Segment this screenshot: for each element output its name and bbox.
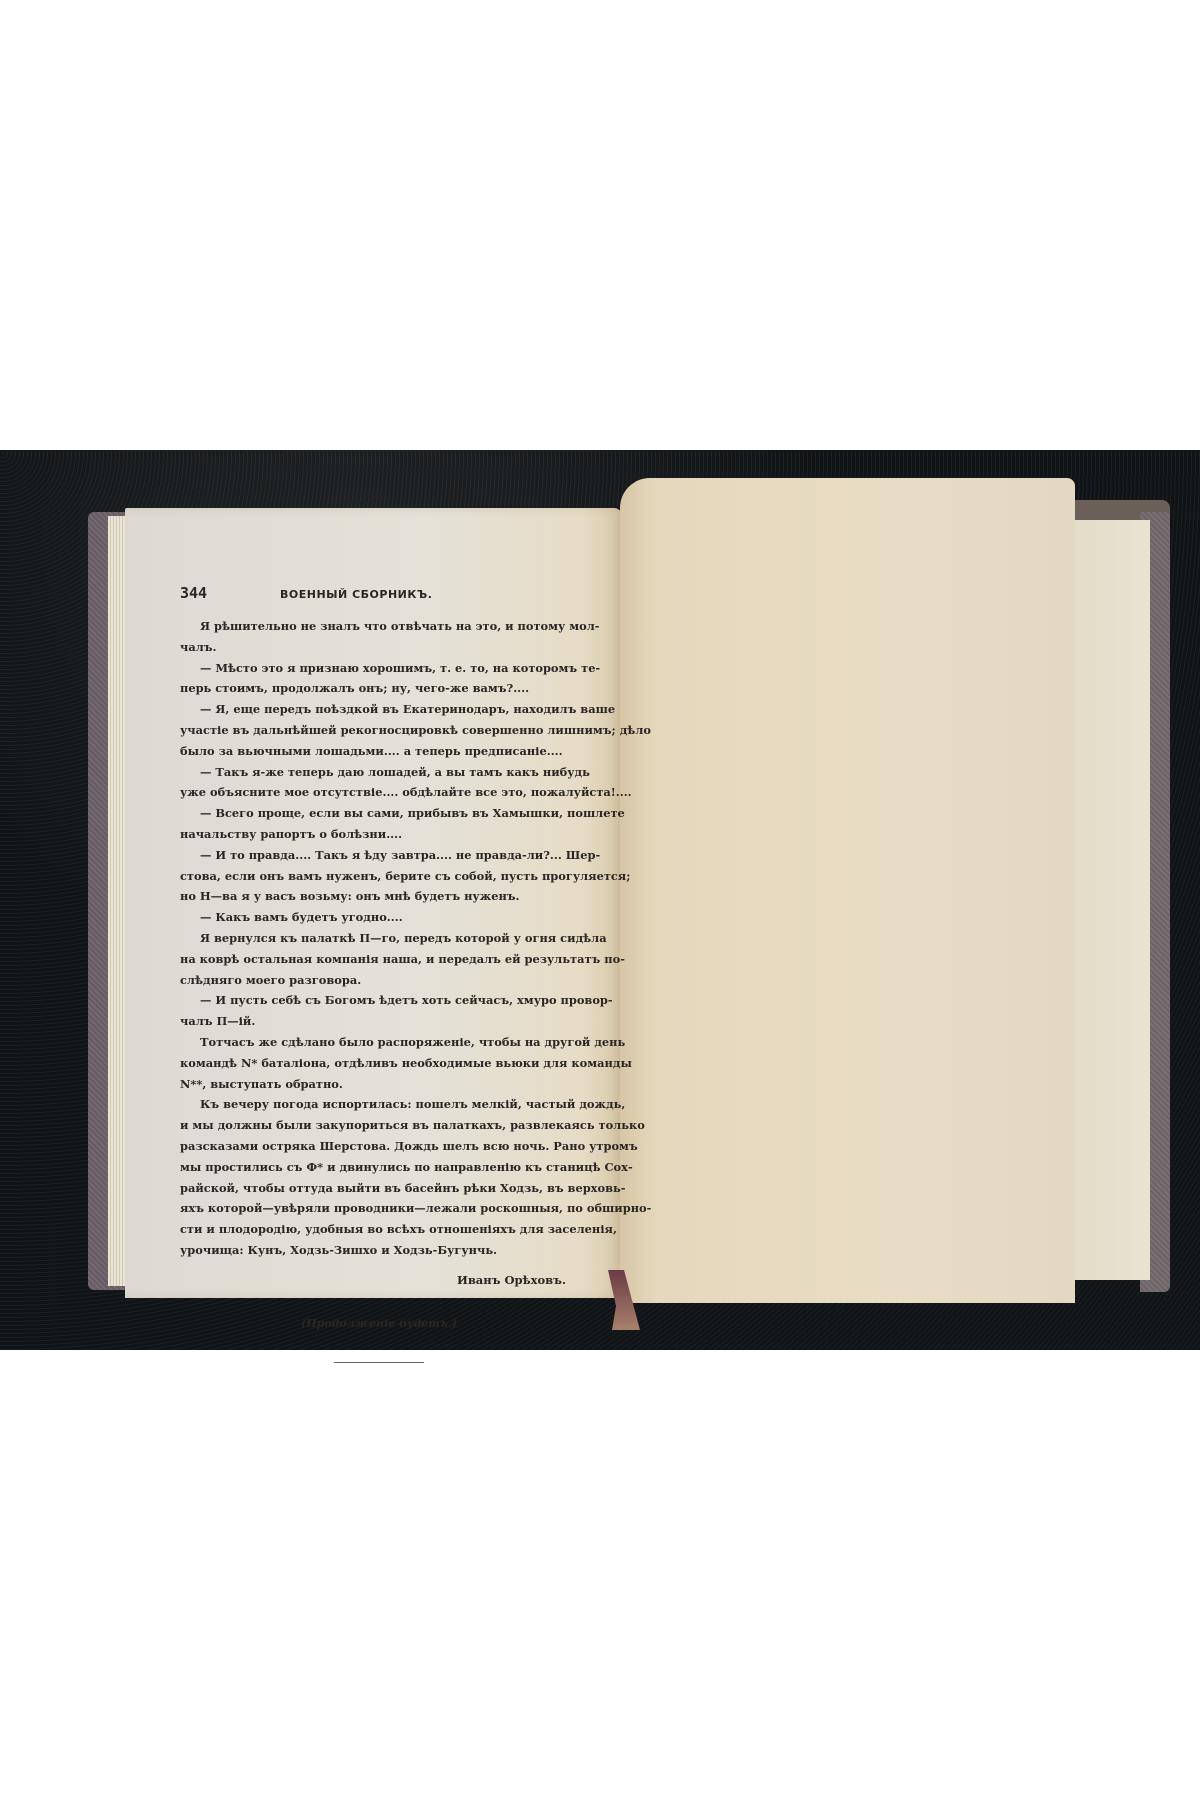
text-line: слѣдняго моего разговора. (180, 970, 578, 991)
text-line: N**, выступать обратно. (180, 1074, 578, 1095)
text-line: — Какъ вамъ будетъ угодно.... (180, 907, 578, 928)
text-line: — Такъ я-же теперь даю лошадей, а вы там… (180, 762, 578, 783)
body-text: Я рѣшительно не зналъ что отвѣчать на эт… (180, 616, 578, 1261)
text-line: но Н—ва я у васъ возьму: онъ мнѣ будетъ … (180, 886, 578, 907)
page-header: 344 ВОЕННЫЙ СБОРНИКЪ. (180, 584, 578, 606)
text-line: уже объясните мое отсутствіе.... обдѣлай… (180, 782, 578, 803)
text-line: Я вернулся къ палаткѣ П—го, передъ котор… (180, 928, 578, 949)
text-line: Я рѣшительно не зналъ что отвѣчать на эт… (180, 616, 578, 637)
text-line: стова, если онъ вамъ нуженъ, берите съ с… (180, 866, 578, 887)
text-line: чалъ П—ій. (180, 1011, 578, 1032)
text-line: Тотчасъ же сдѣлано было распоряженіе, чт… (180, 1032, 578, 1053)
right-page-blank (620, 478, 1075, 1303)
page-number: 344 (180, 584, 280, 602)
text-line: райской, чтобы оттуда выйти въ басейнъ р… (180, 1178, 578, 1199)
text-line: — И пусть себѣ съ Богомъ ѣдетъ хоть сейч… (180, 990, 578, 1011)
text-line: Къ вечеру погода испортилась: пошелъ мел… (180, 1094, 578, 1115)
text-line: было за вьючными лошадьми.... а теперь п… (180, 741, 578, 762)
continuation-note: (Продолженіе будетъ.) (180, 1317, 578, 1330)
running-head: ВОЕННЫЙ СБОРНИКЪ. (280, 588, 432, 601)
text-line: — И то правда.... Такъ я ѣду завтра.... … (180, 845, 578, 866)
text-line: яхъ которой—увѣряли проводники—лежали ро… (180, 1198, 578, 1219)
text-line: командѣ N* баталіона, отдѣливъ необходим… (180, 1053, 578, 1074)
text-line: и мы должны были закупориться въ палатка… (180, 1115, 578, 1136)
text-line: урочища: Кунъ, Ходзь-Зишхо и Ходзь-Бугун… (180, 1240, 578, 1261)
endpaper-strip (1070, 520, 1150, 1280)
text-line: — Мѣсто это я признаю хорошимъ, т. е. то… (180, 658, 578, 679)
text-line: перь стоимъ, продолжалъ онъ; ну, чего-же… (180, 678, 578, 699)
text-line: мы простились съ Ф* и двинулись по напра… (180, 1157, 578, 1178)
left-page-text: 344 ВОЕННЫЙ СБОРНИКЪ. Я рѣшительно не зн… (180, 584, 578, 1363)
closing-rule (334, 1362, 424, 1363)
text-line: сти и плодородію, удобныя во всѣхъ отнош… (180, 1219, 578, 1240)
text-line: на коврѣ остальная компанія наша, и пере… (180, 949, 578, 970)
text-line: начальству рапортъ о болѣзни.... (180, 824, 578, 845)
author-signature: Иванъ Орѣховъ. (180, 1273, 578, 1287)
text-line: чалъ. (180, 637, 578, 658)
text-line: — Всего проще, если вы сами, прибывъ въ … (180, 803, 578, 824)
text-line: — Я, еще передъ поѣздкой въ Екатеринодар… (180, 699, 578, 720)
text-line: разсказами остряка Шерстова. Дождь шелъ … (180, 1136, 578, 1157)
text-line: участіе въ дальнѣйшей рекогносцировкѣ со… (180, 720, 578, 741)
